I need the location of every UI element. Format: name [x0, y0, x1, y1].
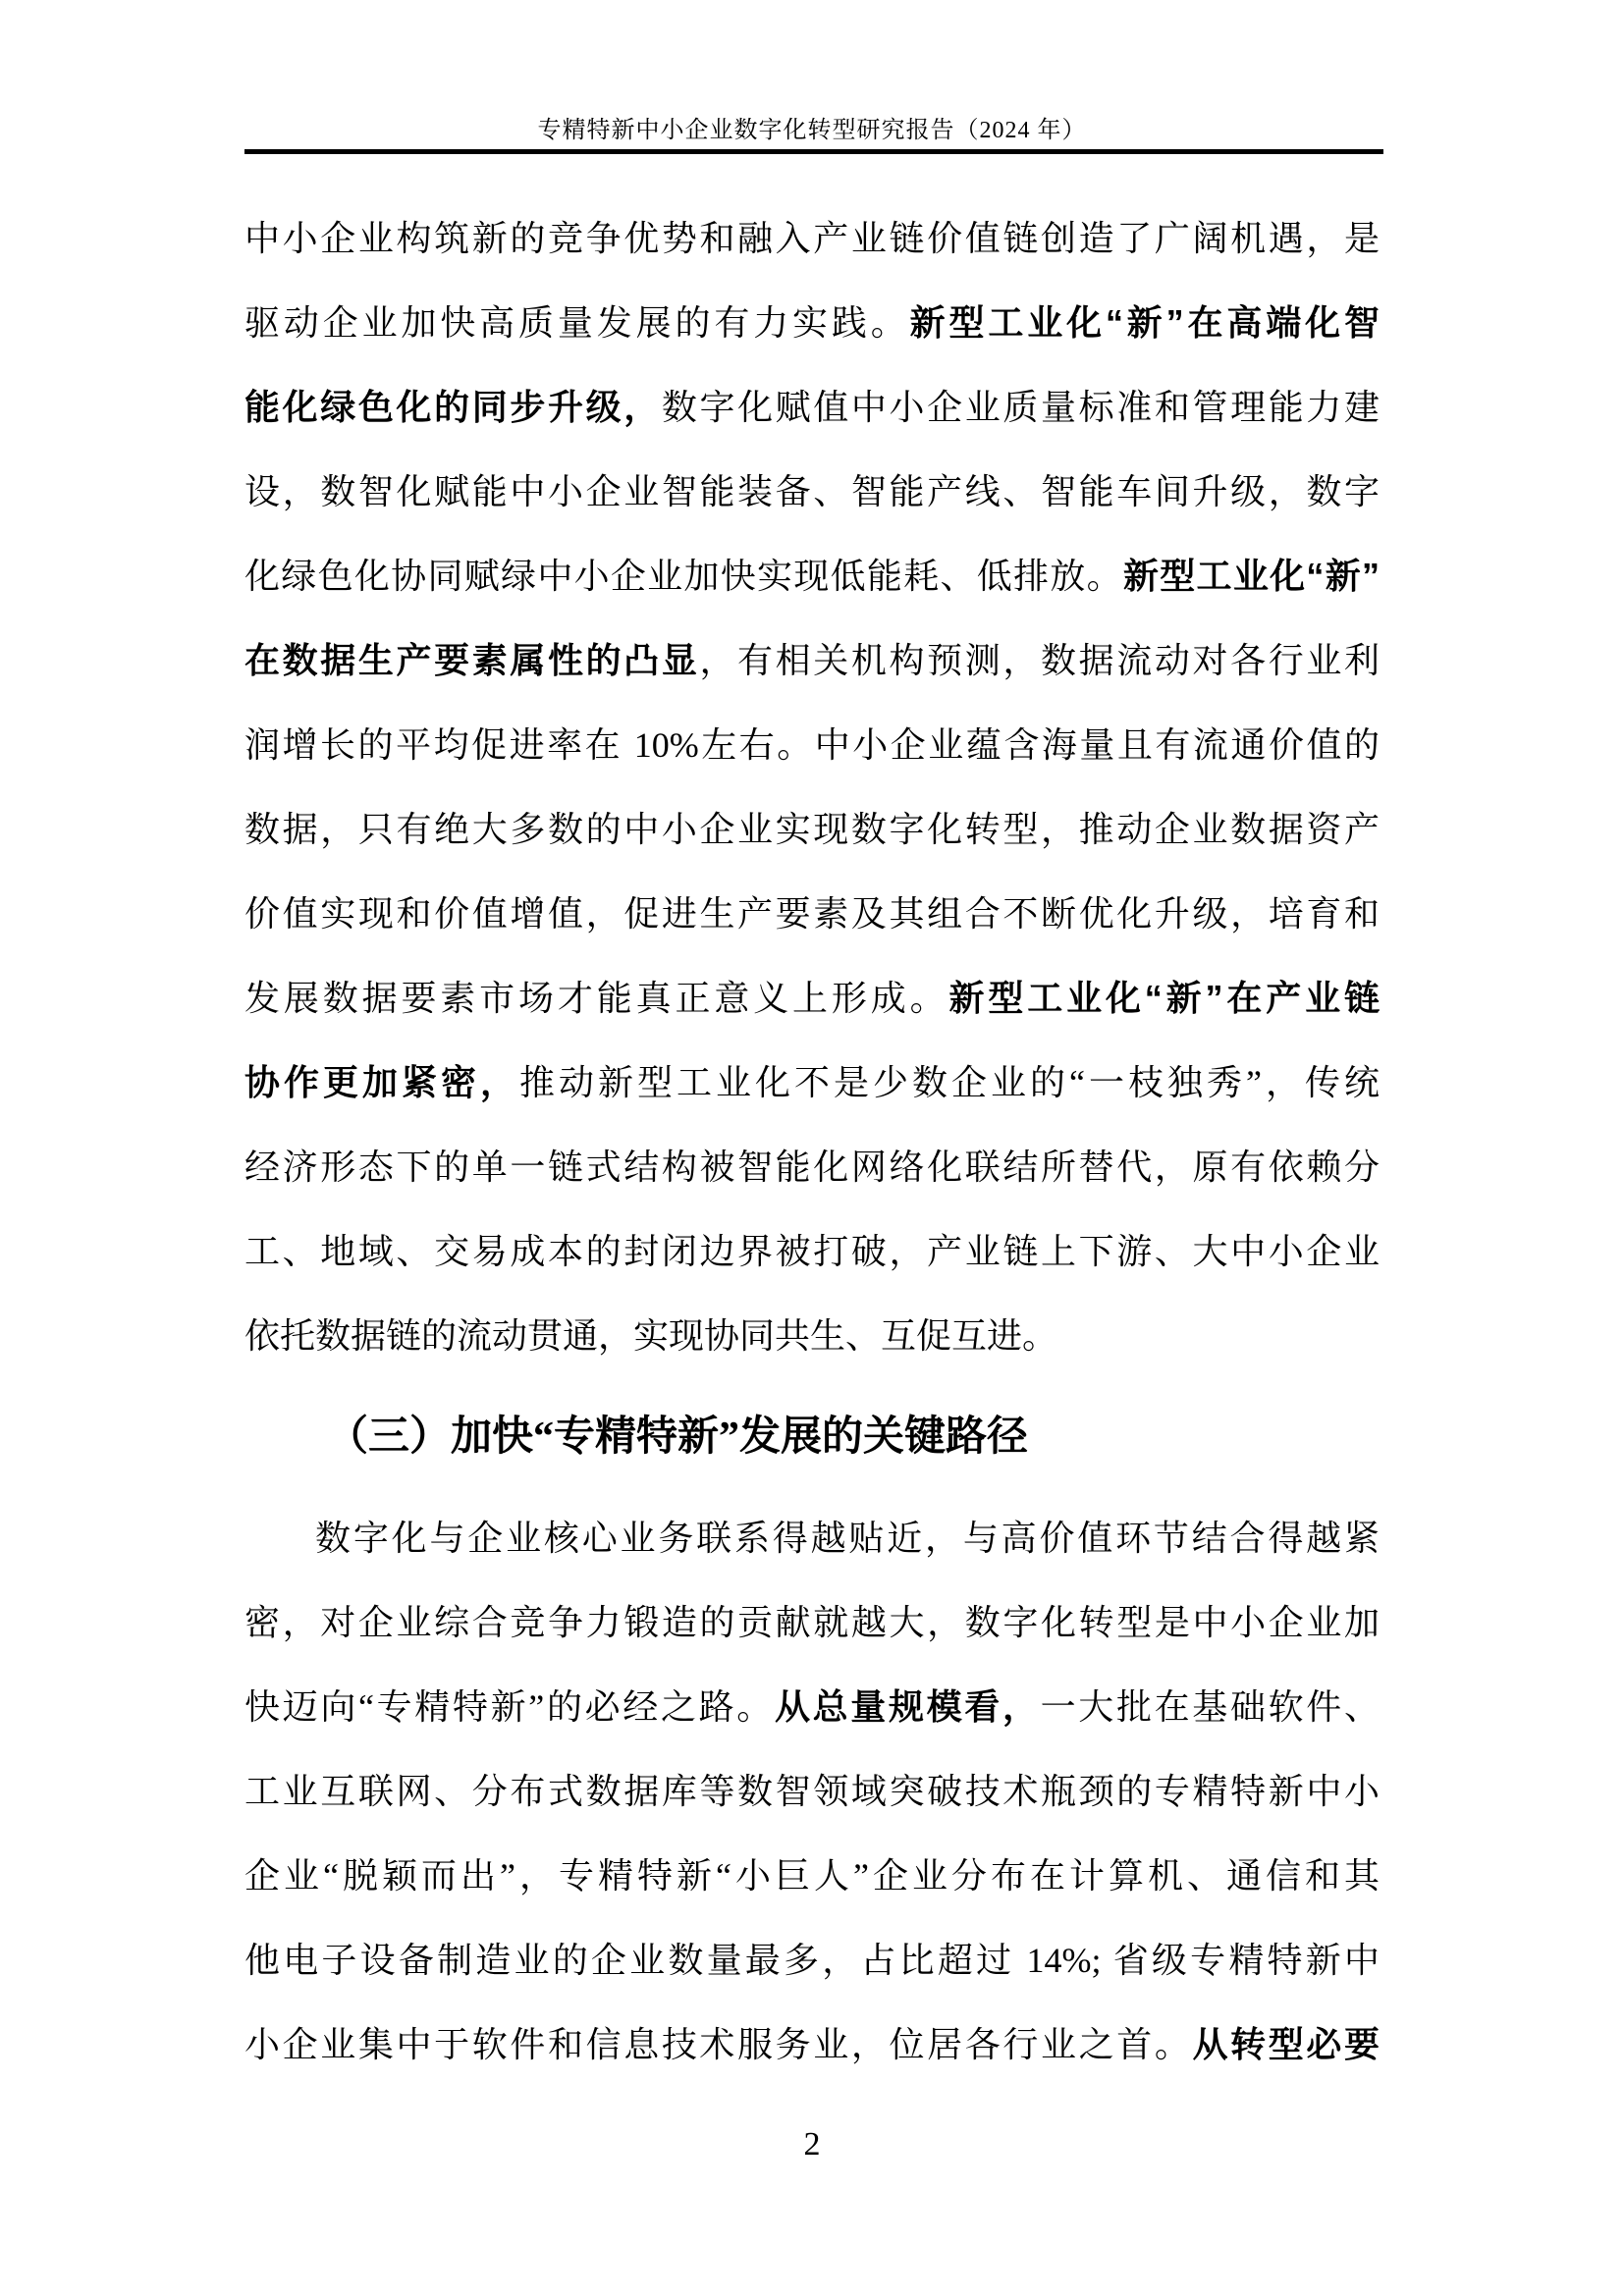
body-line: 数字化与企业核心业务联系得越贴近，与高价值环节结合得越紧 — [244, 1496, 1380, 1580]
text-run: 润增长的平均促进率在 10%左右。中小企业蕴含海量且有流通价值的 — [244, 725, 1380, 765]
body-line: 能化绿色化的同步升级，数字化赋值中小企业质量标准和管理能力建 — [244, 365, 1380, 450]
text-run: 数字化与企业核心业务联系得越贴近，与高价值环节结合得越紧 — [315, 1519, 1380, 1558]
text-run: ，有相关机构预测，数据流动对各行业利 — [699, 641, 1380, 680]
body-line: 化绿色化协同赋绿中小企业加快实现低能耗、低排放。新型工业化“新” — [244, 534, 1380, 618]
bold-text-run: 从总量规模看， — [775, 1686, 1041, 1727]
text-run: 数字化赋值中小企业质量标准和管理能力建 — [662, 388, 1380, 427]
body-line: 工业互联网、分布式数据库等数智领域突破技术瓶颈的专精特新中小 — [244, 1749, 1380, 1834]
text-run: 驱动企业加快高质量发展的有力实践。 — [244, 303, 910, 343]
body-text: 中小企业构筑新的竞争优势和融入产业链价值链创造了广阔机遇，是驱动企业加快高质量发… — [244, 196, 1380, 2087]
text-run: 密，对企业综合竞争力锻造的贡献就越大，数字化转型是中小企业加 — [244, 1603, 1380, 1642]
body-line: 协作更加紧密，推动新型工业化不是少数企业的“一枝独秀”，传统 — [244, 1041, 1380, 1125]
bold-text-run: 新型工业化“新”在高端化智 — [910, 302, 1380, 343]
document-page: 专精特新中小企业数字化转型研究报告（2024 年） 中小企业构筑新的竞争优势和融… — [0, 0, 1624, 2296]
body-line: 依托数据链的流动贯通，实现协同共生、互促互进。 — [244, 1294, 1380, 1378]
body-line: 工、地域、交易成本的封闭边界被打破，产业链上下游、大中小企业 — [244, 1209, 1380, 1294]
header-rule — [244, 149, 1383, 154]
text-run: 一大批在基础软件、 — [1041, 1687, 1380, 1727]
bold-text-run: 协作更加紧密， — [244, 1062, 519, 1102]
body-line: 设，数智化赋能中小企业智能装备、智能产线、智能车间升级，数字 — [244, 450, 1380, 534]
bold-text-run: 新型工业化“新”在产业链 — [949, 978, 1380, 1018]
text-run: 数据，只有绝大多数的中小企业实现数字化转型，推动企业数据资产 — [244, 810, 1380, 849]
body-line: 驱动企业加快高质量发展的有力实践。新型工业化“新”在高端化智 — [244, 281, 1380, 365]
body-line: 在数据生产要素属性的凸显，有相关机构预测，数据流动对各行业利 — [244, 618, 1380, 703]
text-run: 企业“脱颖而出”，专精特新“小巨人”企业分布在计算机、通信和其 — [244, 1856, 1380, 1896]
body-line: 数据，只有绝大多数的中小企业实现数字化转型，推动企业数据资产 — [244, 787, 1380, 872]
body-line: 企业“脱颖而出”，专精特新“小巨人”企业分布在计算机、通信和其 — [244, 1834, 1380, 1918]
body-line: 润增长的平均促进率在 10%左右。中小企业蕴含海量且有流通价值的 — [244, 703, 1380, 787]
bold-text-run: （三）加快“专精特新”发展的关键路径 — [327, 1415, 1028, 1460]
bold-text-run: 新型工业化“新” — [1123, 556, 1380, 596]
text-run: 发展数据要素市场才能真正意义上形成。 — [244, 979, 949, 1018]
text-run: 工业互联网、分布式数据库等数智领域突破技术瓶颈的专精特新中小 — [244, 1772, 1380, 1811]
text-run: 经济形态下的单一链式结构被智能化网络化联结所替代，原有依赖分 — [244, 1148, 1380, 1187]
body-line: 中小企业构筑新的竞争优势和融入产业链价值链创造了广阔机遇，是 — [244, 196, 1380, 281]
bold-text-run: 能化绿色化的同步升级， — [244, 387, 662, 427]
running-header-title: 专精特新中小企业数字化转型研究报告（2024 年） — [0, 110, 1624, 144]
text-run: 化绿色化协同赋绿中小企业加快实现低能耗、低排放。 — [244, 557, 1123, 596]
body-line: 价值实现和价值增值，促进生产要素及其组合不断优化升级，培育和 — [244, 872, 1380, 956]
section-heading: （三）加快“专精特新”发展的关键路径 — [244, 1378, 1380, 1496]
page-number: 2 — [0, 2120, 1624, 2169]
body-line: 小企业集中于软件和信息技术服务业，位居各行业之首。从转型必要 — [244, 2002, 1380, 2087]
text-run: 工、地域、交易成本的封闭边界被打破，产业链上下游、大中小企业 — [244, 1232, 1380, 1271]
bold-text-run: 从转型必要 — [1193, 2024, 1380, 2064]
text-run: 中小企业构筑新的竞争优势和融入产业链价值链创造了广阔机遇，是 — [244, 219, 1380, 258]
body-line: 密，对企业综合竞争力锻造的贡献就越大，数字化转型是中小企业加 — [244, 1580, 1380, 1665]
bold-text-run: 在数据生产要素属性的凸显 — [244, 640, 699, 680]
text-run: 价值实现和价值增值，促进生产要素及其组合不断优化升级，培育和 — [244, 894, 1380, 934]
body-line: 快迈向“专精特新”的必经之路。从总量规模看，一大批在基础软件、 — [244, 1665, 1380, 1749]
text-run: 依托数据链的流动贯通，实现协同共生、互促互进。 — [244, 1316, 1057, 1356]
body-line: 他电子设备制造业的企业数量最多，占比超过 14%; 省级专精特新中 — [244, 1918, 1380, 2002]
text-run: 他电子设备制造业的企业数量最多，占比超过 14%; 省级专精特新中 — [244, 1941, 1380, 1980]
text-run: 小企业集中于软件和信息技术服务业，位居各行业之首。 — [244, 2025, 1193, 2064]
body-line: 发展数据要素市场才能真正意义上形成。新型工业化“新”在产业链 — [244, 956, 1380, 1041]
text-run: 设，数智化赋能中小企业智能装备、智能产线、智能车间升级，数字 — [244, 472, 1380, 511]
body-line: 经济形态下的单一链式结构被智能化网络化联结所替代，原有依赖分 — [244, 1125, 1380, 1209]
text-run: 推动新型工业化不是少数企业的“一枝独秀”，传统 — [519, 1063, 1380, 1102]
text-run: 快迈向“专精特新”的必经之路。 — [244, 1687, 775, 1727]
